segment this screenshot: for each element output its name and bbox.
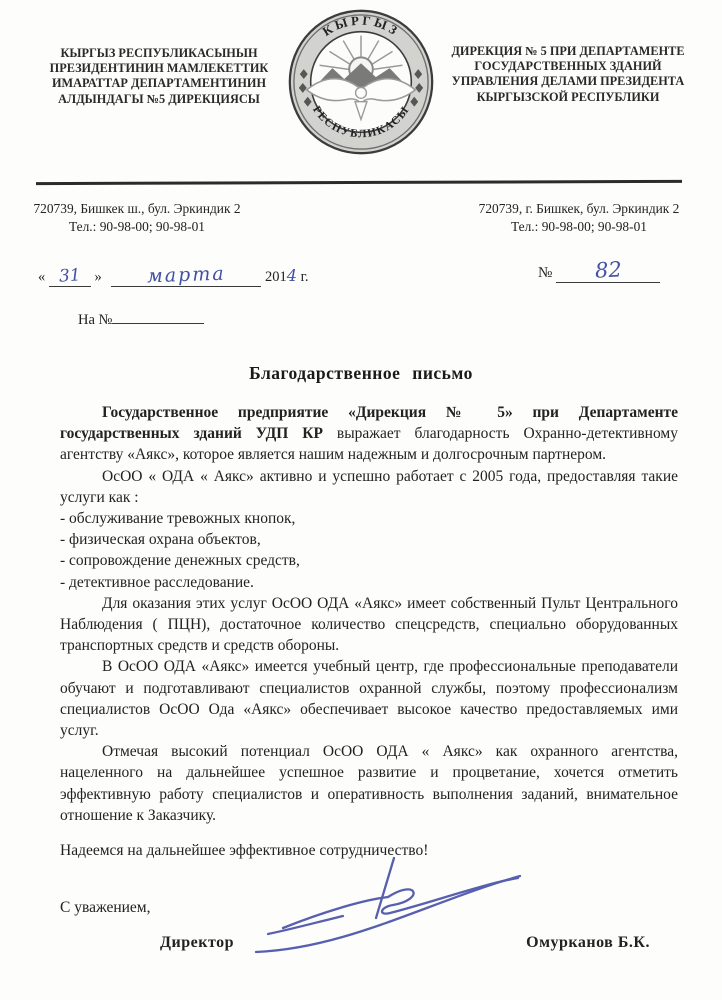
paragraph-equipment: Для оказания этих услуг ОсОО ОДА «Аякс» …	[60, 593, 678, 657]
org-line: УПРАВЛЕНИЯ ДЕЛАМИ ПРЕЗИДЕНТА	[424, 74, 712, 89]
org-line: КЫРГЫЗ РЕСПУБЛИКАСЫНЫН	[28, 46, 290, 61]
paragraph-services-intro: ОсОО « ОДА « Аякс» активно и успешно раб…	[60, 466, 678, 508]
list-item: - детективное расследование.	[60, 572, 678, 593]
org-line: ДИРЕКЦИЯ № 5 ПРИ ДЕПАРТАМЕНТЕ	[424, 44, 712, 59]
letter-title: Благодарственное письмо	[0, 363, 722, 384]
signer-name: Омурканов Б.К.	[526, 932, 650, 953]
number-blank: 82	[556, 258, 660, 283]
address-block-left: 720739, Бишкек ш., бул. Эркиндик 2 Тел.:…	[28, 200, 246, 235]
paragraph-appreciation: Отмечая высокий потенциал ОсОО ОДА « Аяк…	[60, 741, 678, 826]
signer-position: Директор	[160, 932, 234, 953]
list-item: - обслуживание тревожных кнопок,	[60, 508, 678, 529]
date-line: « 31 » марта 2014 г.	[38, 264, 309, 287]
list-item: - физическая охрана объектов,	[60, 529, 678, 550]
address-line: 720739, г. Бишкек, бул. Эркиндик 2	[470, 200, 688, 218]
org-name-russian: ДИРЕКЦИЯ № 5 ПРИ ДЕПАРТАМЕНТЕ ГОСУДАРСТВ…	[424, 44, 712, 105]
reply-label: На №	[78, 312, 112, 328]
org-line: ПРЕЗИДЕНТИНИН МАМЛЕКЕТТИК	[28, 61, 290, 76]
year-prefix: 201	[265, 269, 287, 285]
date-month-blank: марта	[111, 264, 261, 287]
phone-line: Тел.: 90-98-00; 90-98-01	[470, 218, 688, 236]
list-item: - сопровождение денежных средств,	[60, 550, 678, 571]
director-signature	[228, 850, 528, 958]
quote-open: «	[38, 269, 45, 285]
reply-to-line: На №	[78, 312, 204, 329]
outgoing-number-line: № 82	[538, 258, 660, 283]
org-line: АЛДЫНДАГЫ №5 ДИРЕКЦИЯСЫ	[28, 92, 290, 107]
quote-close: »	[95, 269, 102, 285]
address-block-right: 720739, г. Бишкек, бул. Эркиндик 2 Тел.:…	[470, 200, 688, 235]
kyrgyz-emblem-icon: КЫРГЫЗ РЕСПУБЛИКАСЫ	[287, 8, 435, 156]
org-name-kyrgyz: КЫРГЫЗ РЕСПУБЛИКАСЫНЫН ПРЕЗИДЕНТИНИН МАМ…	[28, 46, 290, 107]
handwritten-year-digit: 4	[287, 266, 297, 285]
org-line: ИМАРАТТАР ДЕПАРТАМЕНТИНИН	[28, 76, 290, 91]
date-day-blank: 31	[49, 266, 91, 287]
paragraph-intro: Государственное предприятие «Дирекция № …	[60, 402, 678, 466]
year-suffix: г.	[301, 269, 309, 285]
phone-line: Тел.: 90-98-00; 90-98-01	[28, 218, 246, 236]
header-divider	[36, 180, 682, 185]
org-line: ГОСУДАРСТВЕННЫХ ЗДАНИЙ	[424, 59, 712, 74]
handwritten-month: марта	[147, 263, 226, 288]
handwritten-number: 82	[594, 257, 622, 282]
address-line: 720739, Бишкек ш., бул. Эркиндик 2	[28, 200, 246, 218]
scanned-letter-page: КЫРГЫЗ РЕСПУБЛИКАСЫНЫН ПРЕЗИДЕНТИНИН МАМ…	[0, 0, 722, 1000]
org-line: КЫРГЫЗСКОЙ РЕСПУБЛИКИ	[424, 90, 712, 105]
paragraph-training: В ОсОО ОДА «Аякс» имеется учебный центр,…	[60, 656, 678, 741]
number-label: №	[538, 265, 552, 281]
reply-blank	[112, 323, 204, 324]
handwritten-day: 31	[58, 265, 81, 286]
